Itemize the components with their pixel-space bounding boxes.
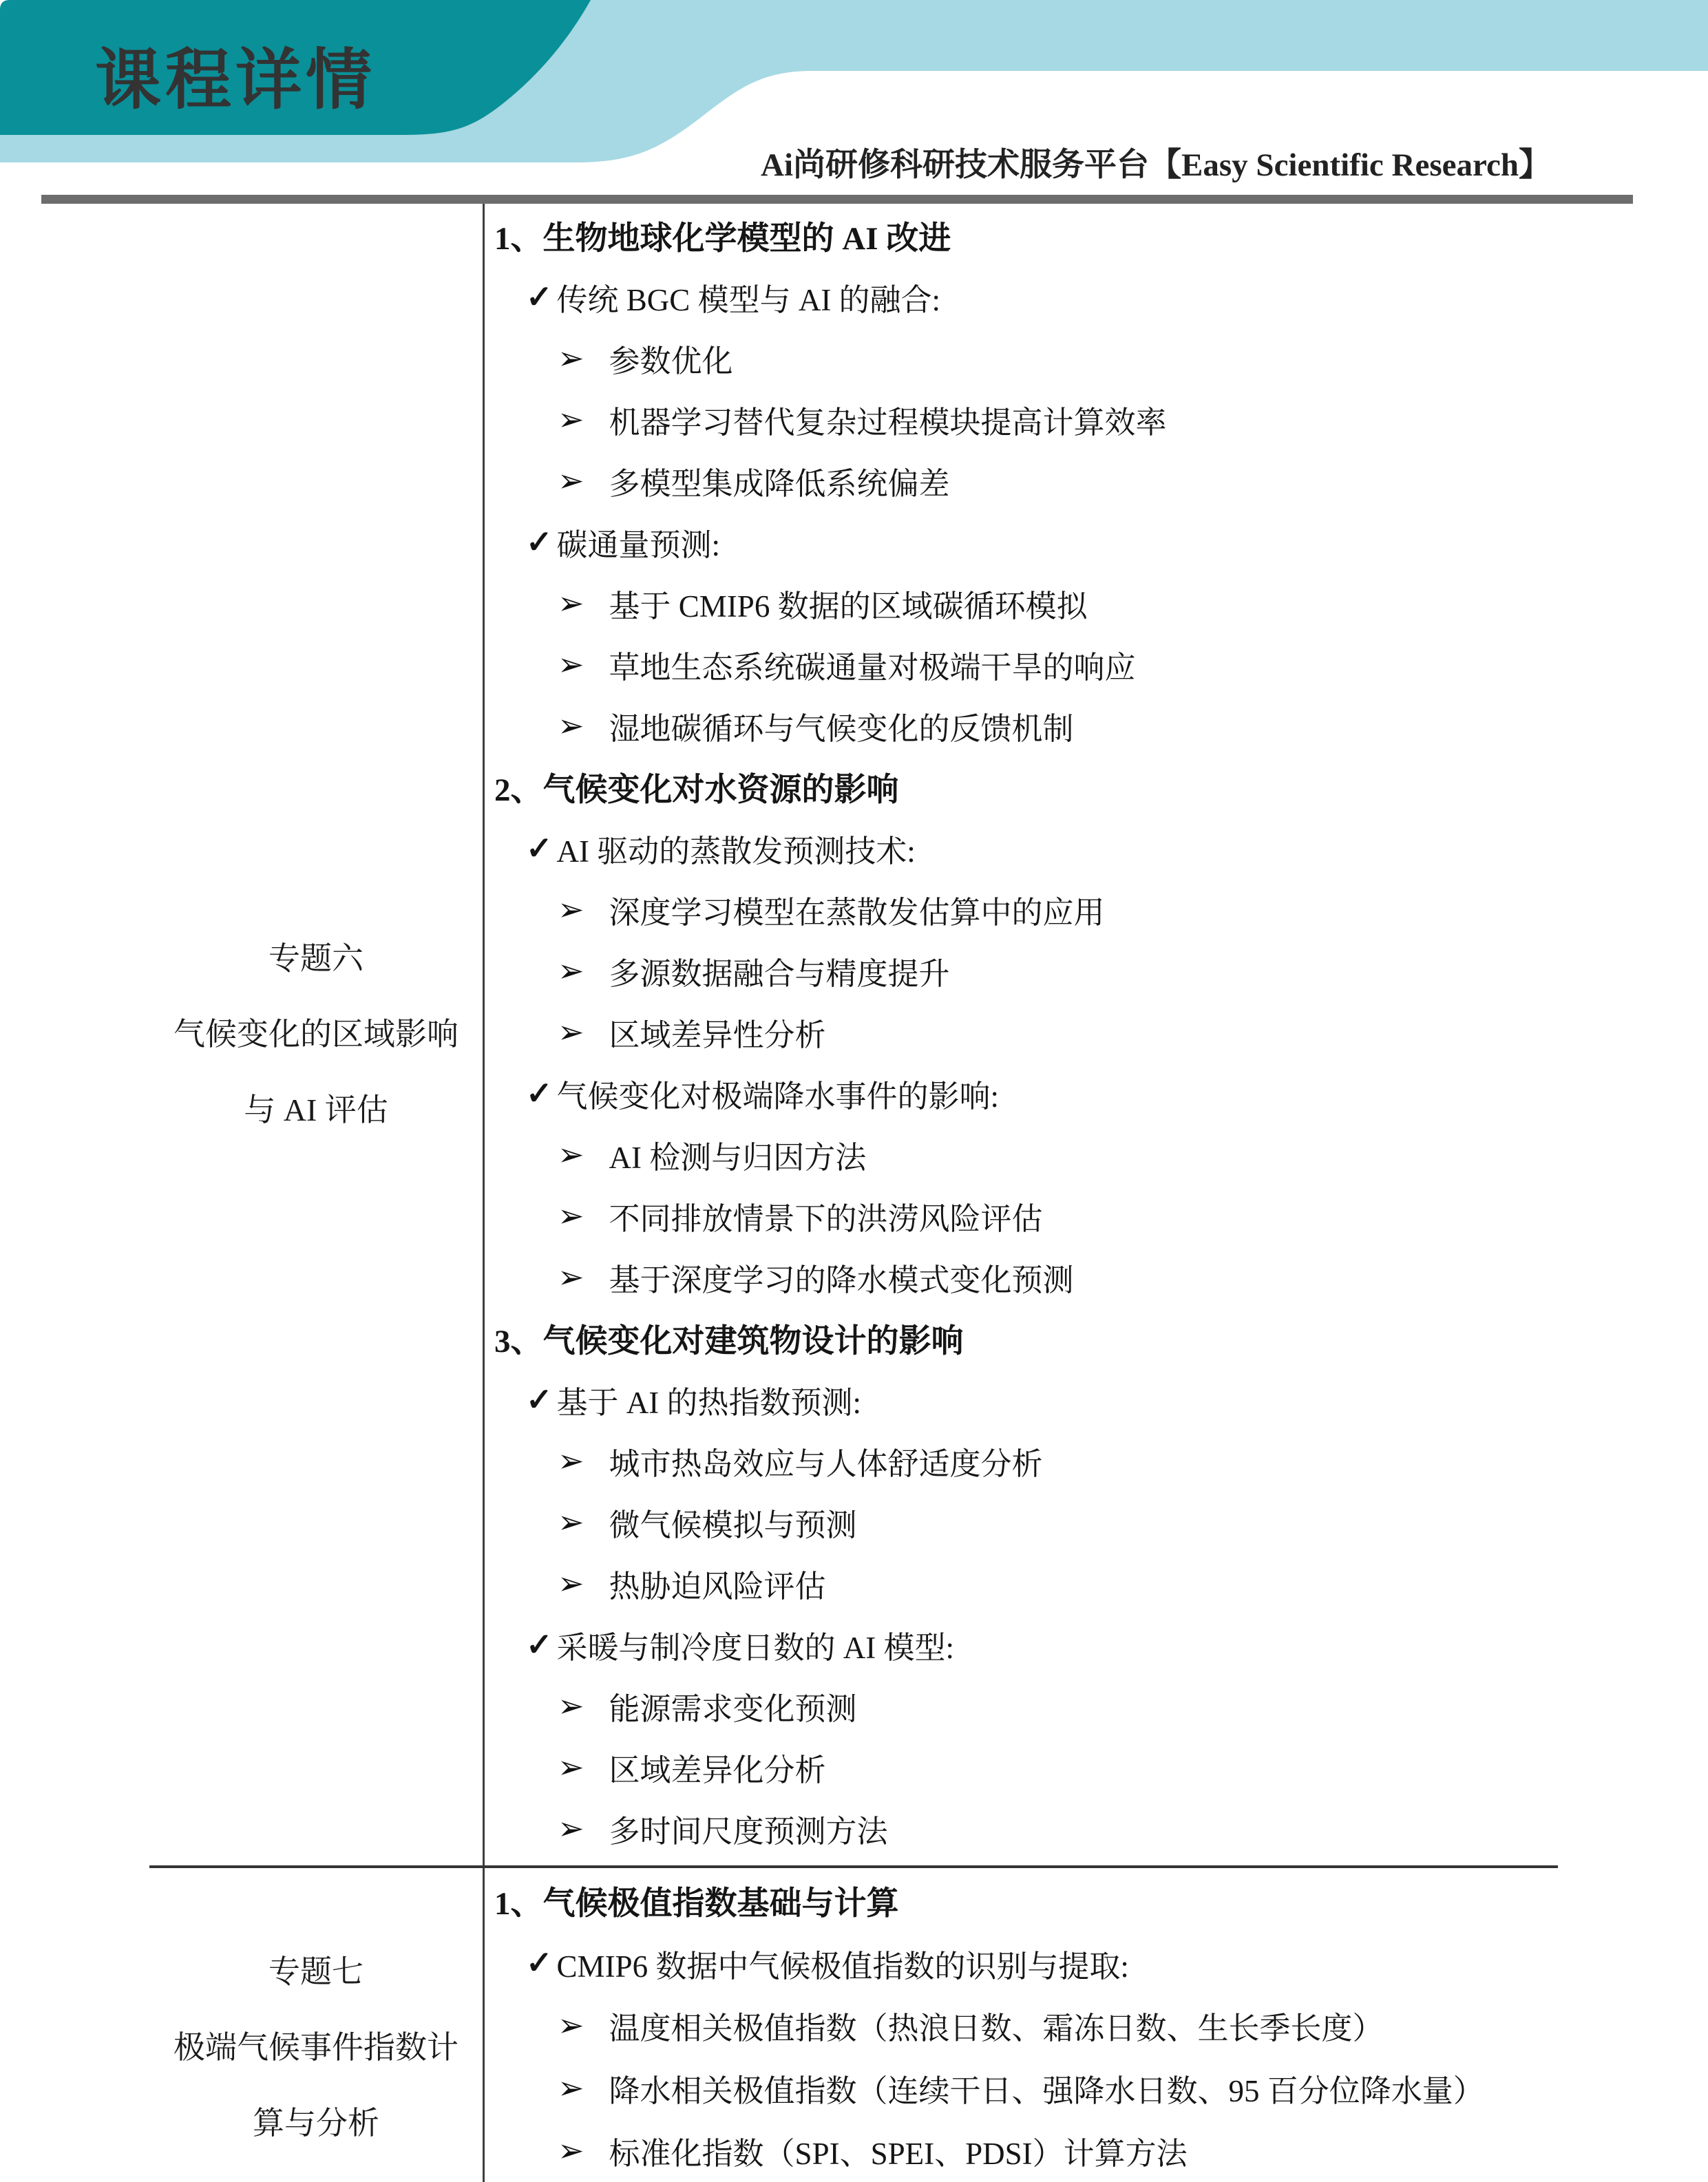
- arrow-bullet-icon: ➢: [558, 2010, 584, 2042]
- item-text: 湿地碳循环与气候变化的反馈机制: [609, 703, 1074, 748]
- content-item: ➢微气候模拟与预测: [485, 1492, 1558, 1553]
- item-text: 能源需求变化预测: [609, 1684, 857, 1728]
- item-text: 深度学习模型在蒸散发估算中的应用: [609, 887, 1105, 932]
- arrow-bullet-icon: ➢: [558, 1200, 584, 1232]
- arrow-bullet-icon: ➢: [558, 710, 584, 742]
- content-item: ➢温度相关极值指数（热浪日数、霜冻日数、生长季长度）: [485, 1995, 1558, 2057]
- content-item: ➢不同排放情景下的洪涝风险评估: [485, 1185, 1558, 1247]
- check-icon: ✓: [526, 1078, 553, 1110]
- item-text: 草地生态系统碳通量对极端干旱的响应: [609, 642, 1136, 687]
- item-text: CMIP6 数据中气候极值指数的识别与提取:: [557, 1941, 1129, 1986]
- check-icon: ✓: [526, 282, 553, 313]
- course-detail-page: 课程详情 Ai尚研修科研技术服务平台【Easy Scientific Resea…: [0, 0, 1708, 2182]
- content-item: ✓基于 AI 的热指数预测:: [485, 1369, 1558, 1430]
- arrow-bullet-icon: ➢: [558, 1507, 584, 1538]
- item-text: 基于 CMIP6 数据的区域碳循环模拟: [609, 581, 1088, 626]
- item-text: 1、气候极值指数基础与计算: [494, 1878, 899, 1924]
- topic-line: 极端气候事件指数计: [173, 2010, 458, 2086]
- topic-line: 与 AI 评估: [244, 1072, 388, 1148]
- content-item: ➢AI 检测与归因方法: [485, 1124, 1558, 1185]
- check-icon: ✓: [526, 1947, 553, 1979]
- item-text: 城市热岛效应与人体舒适度分析: [609, 1439, 1043, 1483]
- content-item: ➢湿地碳循环与气候变化的反馈机制: [485, 695, 1558, 756]
- item-text: 降水相关极值指数（连续干日、强降水日数、95 百分位降水量）: [609, 2066, 1484, 2110]
- check-icon: ✓: [526, 1384, 553, 1416]
- arrow-bullet-icon: ➢: [558, 1017, 584, 1048]
- arrow-bullet-icon: ➢: [558, 955, 584, 987]
- check-icon: ✓: [526, 527, 553, 558]
- course-table: 专题六气候变化的区域影响与 AI 评估1、生物地球化学模型的 AI 改进✓传统 …: [149, 204, 1558, 2182]
- content-item: ➢机器学习替代复杂过程模块提高计算效率: [485, 389, 1558, 450]
- item-text: 微气候模拟与预测: [609, 1500, 857, 1545]
- header-rule-divider: [41, 195, 1633, 204]
- item-text: 区域差异性分析: [609, 1010, 826, 1055]
- arrow-bullet-icon: ➢: [558, 2073, 584, 2104]
- topic-line: 算与分析: [253, 2086, 379, 2161]
- page-title: 课程详情: [95, 28, 376, 122]
- item-text: 气候变化对极端降水事件的影响:: [557, 1071, 1000, 1116]
- arrow-bullet-icon: ➢: [558, 1813, 584, 1845]
- arrow-bullet-icon: ➢: [558, 1139, 584, 1171]
- item-text: 基于深度学习的降水模式变化预测: [609, 1255, 1074, 1300]
- arrow-bullet-icon: ➢: [558, 1752, 584, 1783]
- check-icon: ✓: [526, 1629, 553, 1661]
- item-text: 传统 BGC 模型与 AI 的融合:: [557, 275, 941, 319]
- table-row: 专题六气候变化的区域影响与 AI 评估1、生物地球化学模型的 AI 改进✓传统 …: [149, 204, 1558, 1865]
- content-item: ➢基于深度学习的降水模式变化预测: [485, 1247, 1558, 1308]
- item-text: 参数优化: [609, 336, 733, 381]
- content-item: 2、气候变化对水资源的影响: [485, 756, 1558, 818]
- item-text: 采暖与制冷度日数的 AI 模型:: [557, 1622, 955, 1667]
- arrow-bullet-icon: ➢: [558, 1568, 584, 1600]
- content-item: ➢多时间尺度预测方法: [485, 1798, 1558, 1859]
- content-item: ✓气候变化对极端降水事件的影响:: [485, 1063, 1558, 1124]
- content-item: ➢城市热岛效应与人体舒适度分析: [485, 1430, 1558, 1492]
- item-text: 温度相关极值指数（热浪日数、霜冻日数、生长季长度）: [609, 2003, 1384, 2048]
- content-item: ✓碳通量预测:: [485, 511, 1558, 573]
- arrow-bullet-icon: ➢: [558, 465, 584, 497]
- content-item: 3、气候变化对建筑物设计的影响: [485, 1308, 1558, 1369]
- item-text: 机器学习替代复杂过程模块提高计算效率: [609, 397, 1167, 442]
- arrow-bullet-icon: ➢: [558, 1262, 584, 1293]
- content-item: ✓传统 BGC 模型与 AI 的融合:: [485, 266, 1558, 328]
- platform-title: Ai尚研修科研技术服务平台【Easy Scientific Research】: [761, 139, 1551, 185]
- arrow-bullet-icon: ➢: [558, 649, 584, 681]
- content-item: ✓采暖与制冷度日数的 AI 模型:: [485, 1614, 1558, 1675]
- topic-line: 气候变化的区域影响: [173, 997, 458, 1072]
- item-text: 1、生物地球化学模型的 AI 改进: [494, 213, 951, 259]
- item-text: 热胁迫风险评估: [609, 1561, 826, 1606]
- content-item: ➢基于 CMIP6 数据的区域碳循环模拟: [485, 573, 1558, 634]
- content-cell: 1、生物地球化学模型的 AI 改进✓传统 BGC 模型与 AI 的融合:➢参数优…: [485, 204, 1558, 1865]
- topic-line: 专题七: [268, 1934, 363, 2010]
- item-text: 基于 AI 的热指数预测:: [557, 1377, 862, 1422]
- content-item: ➢多模型集成降低系统偏差: [485, 450, 1558, 511]
- item-text: 标准化指数（SPI、SPEI、PDSI）计算方法: [609, 2128, 1188, 2173]
- topic-cell: 专题七极端气候事件指数计算与分析: [149, 1868, 485, 2182]
- check-icon: ✓: [526, 833, 553, 865]
- content-item: ➢降水相关极值指数（连续干日、强降水日数、95 百分位降水量）: [485, 2057, 1558, 2119]
- content-item: ➢区域差异化分析: [485, 1737, 1558, 1798]
- content-item: ➢深度学习模型在蒸散发估算中的应用: [485, 879, 1558, 940]
- table-row: 专题七极端气候事件指数计算与分析1、气候极值指数基础与计算✓CMIP6 数据中气…: [149, 1865, 1558, 2182]
- item-text: 3、气候变化对建筑物设计的影响: [494, 1315, 964, 1362]
- content-item: ➢区域差异性分析: [485, 1002, 1558, 1063]
- content-item: ➢多源数据融合与精度提升: [485, 940, 1558, 1002]
- content-item: 1、生物地球化学模型的 AI 改进: [485, 205, 1558, 266]
- arrow-bullet-icon: ➢: [558, 894, 584, 926]
- content-cell: 1、气候极值指数基础与计算✓CMIP6 数据中气候极值指数的识别与提取:➢温度相…: [485, 1868, 1558, 2182]
- arrow-bullet-icon: ➢: [558, 1445, 584, 1477]
- content-item: ➢参数优化: [485, 328, 1558, 389]
- arrow-bullet-icon: ➢: [558, 404, 584, 436]
- content-item: ✓AI 驱动的蒸散发预测技术:: [485, 818, 1558, 879]
- content-item: ✓CMIP6 数据中气候极值指数的识别与提取:: [485, 1932, 1558, 1995]
- arrow-bullet-icon: ➢: [558, 1691, 584, 1722]
- item-text: 多源数据融合与精度提升: [609, 949, 950, 993]
- item-text: AI 检测与归因方法: [609, 1132, 867, 1177]
- content-item: ➢草地生态系统碳通量对极端干旱的响应: [485, 634, 1558, 695]
- content-item: 1、气候极值指数基础与计算: [485, 1869, 1558, 1932]
- item-text: 多时间尺度预测方法: [609, 1806, 888, 1851]
- arrow-bullet-icon: ➢: [558, 2135, 584, 2167]
- arrow-bullet-icon: ➢: [558, 588, 584, 619]
- content-item: ➢热胁迫风险评估: [485, 1553, 1558, 1614]
- topic-cell: 专题六气候变化的区域影响与 AI 评估: [149, 204, 485, 1865]
- arrow-bullet-icon: ➢: [558, 343, 584, 374]
- content-item: ➢标准化指数（SPI、SPEI、PDSI）计算方法: [485, 2119, 1558, 2182]
- topic-line: 专题六: [268, 921, 363, 997]
- item-text: AI 驱动的蒸散发预测技术:: [557, 826, 916, 871]
- item-text: 区域差异化分析: [609, 1745, 826, 1790]
- item-text: 不同排放情景下的洪涝风险评估: [609, 1194, 1043, 1238]
- content-item: ➢能源需求变化预测: [485, 1675, 1558, 1737]
- item-text: 多模型集成降低系统偏差: [609, 458, 950, 503]
- item-text: 碳通量预测:: [557, 520, 721, 564]
- item-text: 2、气候变化对水资源的影响: [494, 764, 899, 810]
